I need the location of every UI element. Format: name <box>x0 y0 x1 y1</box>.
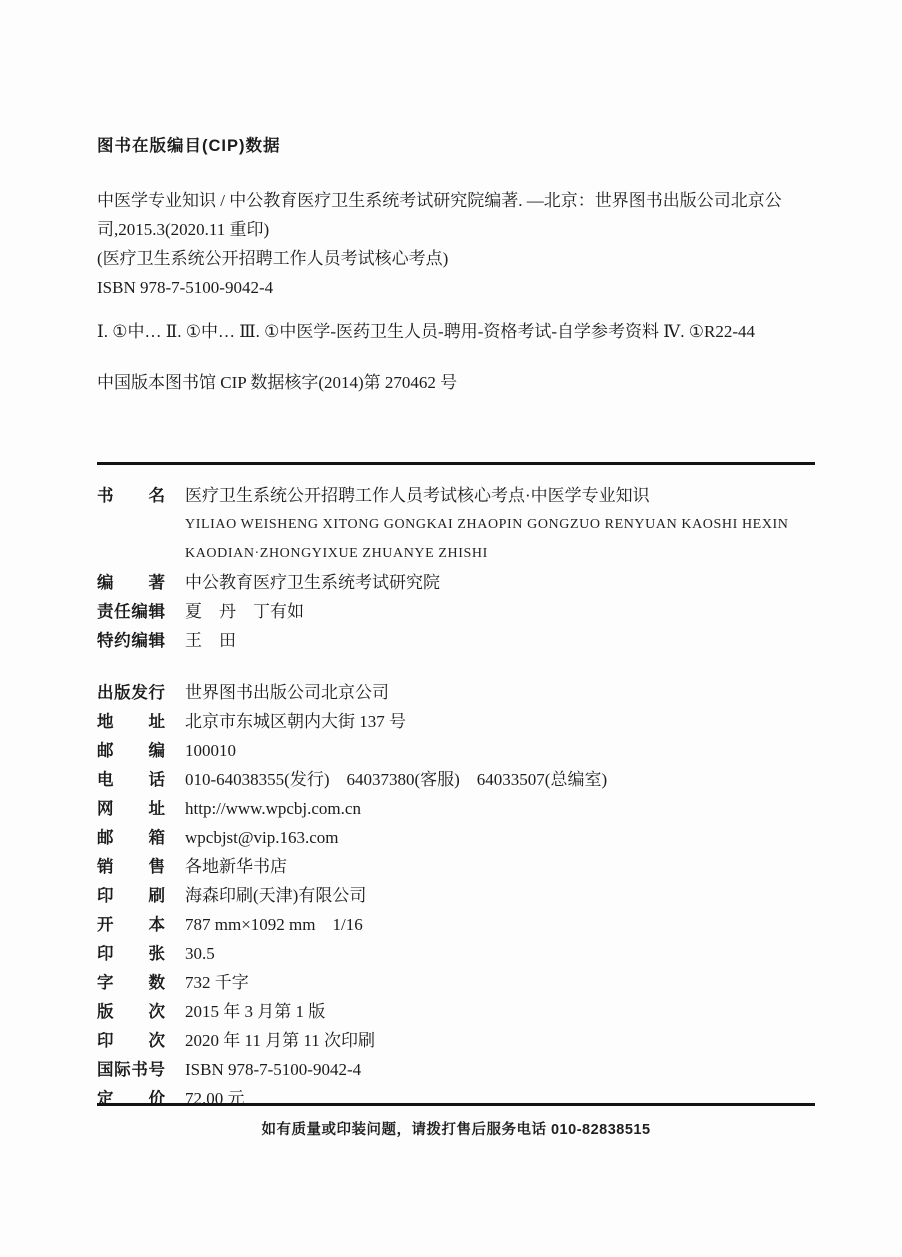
colophon-row-book-title-pinyin: YILIAO WEISHENG XITONG GONGKAI ZHAOPIN G… <box>97 510 815 539</box>
colophon-row-postcode: 邮编 100010 <box>97 736 815 765</box>
colophon-value: 世界图书出版公司北京公司 <box>185 678 389 707</box>
colophon-value: 各地新华书店 <box>185 852 287 881</box>
colophon-row-format: 开本 787 mm×1092 mm 1/16 <box>97 910 815 939</box>
cip-classification: Ⅰ. ①中… Ⅱ. ①中… Ⅲ. ①中医学-医药卫生人员-聘用-资格考试-自学参… <box>97 317 815 342</box>
cip-description: 中医学专业知识 / 中公教育医疗卫生系统考试研究院编著. —北京：世界图书出版公… <box>97 186 815 302</box>
colophon-label: 网址 <box>97 795 165 824</box>
isbn-line: ISBN 978-7-5100-9042-4 <box>97 273 815 302</box>
email-address: wpcbjst@vip.163.com <box>185 823 339 852</box>
colophon-label: 邮编 <box>97 737 165 766</box>
book-title-pinyin-line: KAODIAN·ZHONGYIXUE ZHUANYE ZHISHI <box>185 539 488 568</box>
cip-heading: 图书在版编目(CIP)数据 <box>97 132 281 156</box>
colophon-label: 印次 <box>97 1027 165 1056</box>
colophon-label: 字数 <box>97 969 165 998</box>
colophon-row-authors: 编著 中公教育医疗卫生系统考试研究院 <box>97 568 815 597</box>
series-note: (医疗卫生系统公开招聘工作人员考试核心考点) <box>97 244 815 273</box>
colophon-value: 732 千字 <box>185 968 249 997</box>
colophon-row-word-count: 字数 732 千字 <box>97 968 815 997</box>
colophon-label: 特约编辑 <box>97 627 165 656</box>
colophon-label: 印张 <box>97 940 165 969</box>
cip-description-line: 司,2015.3(2020.11 重印) <box>97 215 815 244</box>
colophon-row-book-title-pinyin: KAODIAN·ZHONGYIXUE ZHUANYE ZHISHI <box>97 539 815 568</box>
website-url: http://www.wpcbj.com.cn <box>185 794 361 823</box>
copyright-page: 图书在版编目(CIP)数据 中医学专业知识 / 中公教育医疗卫生系统考试研究院编… <box>0 0 902 1257</box>
colophon-label: 地址 <box>97 708 165 737</box>
colophon-label: 销售 <box>97 853 165 882</box>
colophon-label: 电话 <box>97 766 165 795</box>
colophon-row-edition: 版次 2015 年 3 月第 1 版 <box>97 997 815 1026</box>
colophon-row-contributing-editor: 特约编辑 王 田 <box>97 626 815 655</box>
colophon-row-printed-sheets: 印张 30.5 <box>97 939 815 968</box>
colophon-row-telephone: 电话 010-64038355(发行) 64037380(客服) 6403350… <box>97 765 815 794</box>
colophon-label: 开本 <box>97 911 165 940</box>
colophon-row-publisher: 出版发行 世界图书出版公司北京公司 <box>97 678 815 707</box>
cip-record-number: 中国版本图书馆 CIP 数据核字(2014)第 270462 号 <box>97 368 815 393</box>
colophon-label: 书名 <box>97 482 165 511</box>
colophon-label: 印刷 <box>97 882 165 911</box>
colophon-row-email: 邮箱 wpcbjst@vip.163.com <box>97 823 815 852</box>
colophon-value: 2020 年 11 月第 11 次印刷 <box>185 1026 375 1055</box>
colophon-row-printing: 印刷 海森印刷(天津)有限公司 <box>97 881 815 910</box>
colophon-row-distribution: 销售 各地新华书店 <box>97 852 815 881</box>
colophon-label: 出版发行 <box>97 679 165 708</box>
colophon-row-impression: 印次 2020 年 11 月第 11 次印刷 <box>97 1026 815 1055</box>
colophon-table: 书名 医疗卫生系统公开招聘工作人员考试核心考点·中医学专业知识 YILIAO W… <box>97 481 815 1113</box>
colophon-row-address: 地址 北京市东城区朝内大街 137 号 <box>97 707 815 736</box>
divider-rule-top <box>97 462 815 465</box>
colophon-value: 海森印刷(天津)有限公司 <box>185 881 366 910</box>
colophon-value: 中公教育医疗卫生系统考试研究院 <box>185 568 440 597</box>
colophon-value: 夏 丹 丁有如 <box>185 597 304 626</box>
colophon-value: 2015 年 3 月第 1 版 <box>185 997 325 1026</box>
colophon-value: 王 田 <box>185 626 236 655</box>
colophon-label: 邮箱 <box>97 824 165 853</box>
isbn-number: ISBN 978-7-5100-9042-4 <box>185 1055 361 1084</box>
colophon-row-price: 定价 72.00 元 <box>97 1084 815 1113</box>
cip-description-line: 中医学专业知识 / 中公教育医疗卫生系统考试研究院编著. —北京：世界图书出版公… <box>97 186 815 215</box>
colophon-value: 北京市东城区朝内大街 137 号 <box>185 707 406 736</box>
colophon-value: 787 mm×1092 mm 1/16 <box>185 910 363 939</box>
service-hotline-note: 如有质量或印装问题，请拨打售后服务电话 010-82838515 <box>97 1118 815 1139</box>
book-title-pinyin-line: YILIAO WEISHENG XITONG GONGKAI ZHAOPIN G… <box>185 510 789 539</box>
colophon-value: 医疗卫生系统公开招聘工作人员考试核心考点·中医学专业知识 <box>185 481 650 510</box>
colophon-row-website: 网址 http://www.wpcbj.com.cn <box>97 794 815 823</box>
colophon-value: 30.5 <box>185 939 215 968</box>
colophon-row-managing-editor: 责任编辑 夏 丹 丁有如 <box>97 597 815 626</box>
divider-rule-bottom <box>97 1103 815 1106</box>
colophon-row-isbn: 国际书号 ISBN 978-7-5100-9042-4 <box>97 1055 815 1084</box>
colophon-label: 编著 <box>97 569 165 598</box>
colophon-label: 国际书号 <box>97 1056 165 1085</box>
colophon-label: 责任编辑 <box>97 598 165 627</box>
colophon-label: 定价 <box>97 1085 165 1114</box>
colophon-value: 100010 <box>185 736 236 765</box>
price-value: 72.00 元 <box>185 1084 245 1113</box>
colophon-label: 版次 <box>97 998 165 1027</box>
colophon-row-book-title: 书名 医疗卫生系统公开招聘工作人员考试核心考点·中医学专业知识 <box>97 481 815 510</box>
colophon-value: 010-64038355(发行) 64037380(客服) 64033507(总… <box>185 765 607 794</box>
